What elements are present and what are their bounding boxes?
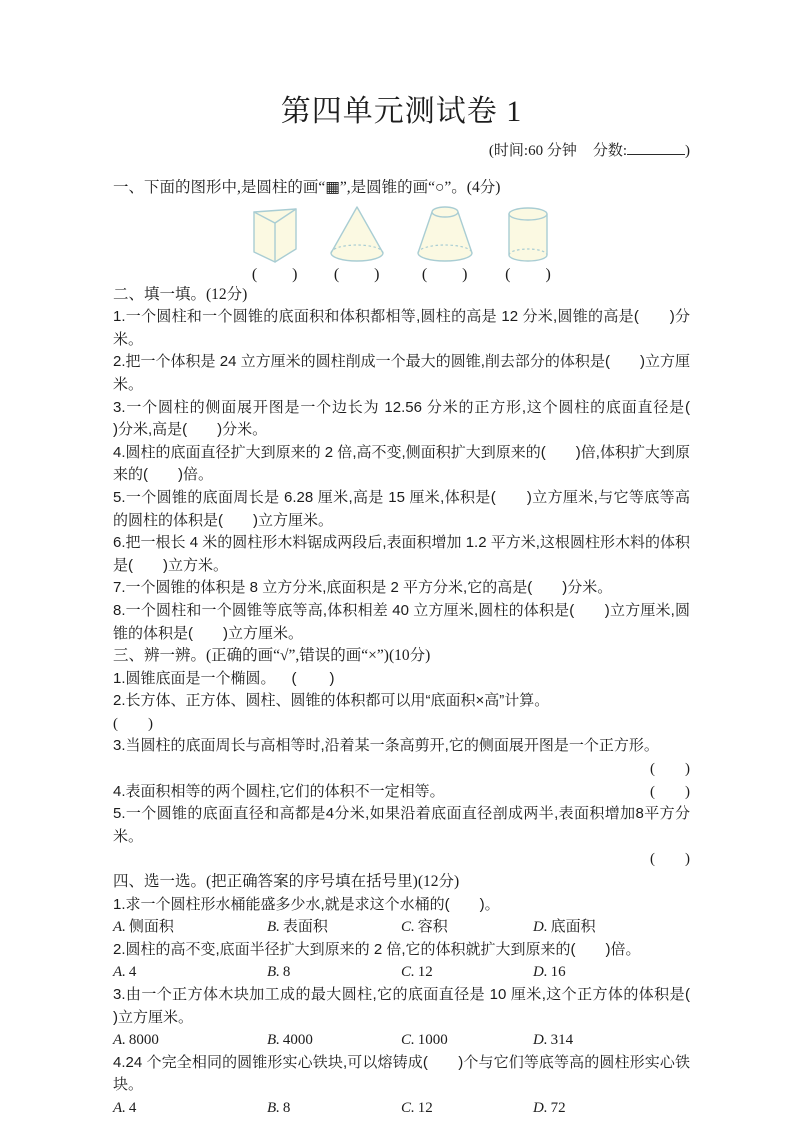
fill-item-3: 3.一个圆柱的侧面展开图是一个边长为 12.56 分米的正方形,这个圆柱的底面直… <box>113 397 690 442</box>
figure-row: ( ) ( ) <box>113 202 690 284</box>
option-1b: B.表面积 <box>267 916 401 939</box>
judge-item-4-text: 4.表面积相等的两个圆柱,它们的体积不一定相等。 <box>113 781 445 804</box>
fill-item-1: 1.一个圆柱和一个圆锥的底面积和体积都相等,圆柱的高是 12 分米,圆锥的高是(… <box>113 306 690 351</box>
frustum-icon <box>415 205 475 263</box>
option-1d: D.底面积 <box>533 916 690 939</box>
page-title: 第四单元测试卷 1 <box>113 92 690 131</box>
paper-content: 第四单元测试卷 1 (时间:60 分钟分数:) 一、下面的图形中,是圆柱的画“▦… <box>0 0 793 1120</box>
option-1a: A.侧面积 <box>113 916 267 939</box>
triangular-prism-icon <box>251 202 299 263</box>
judge-item-3: 3.当圆柱的底面周长与高相等时,沿着某一条高剪开,它的侧面展开图是一个正方形。 <box>113 735 690 758</box>
judge-paren-3: ( ) <box>113 758 690 781</box>
judge-paren-1: ( ) <box>292 670 336 687</box>
fill-item-5: 5.一个圆锥的底面周长是 6.28 厘米,高是 15 厘米,体积是( )立方厘米… <box>113 487 690 532</box>
paper-meta: (时间:60 分钟分数:) <box>113 140 690 162</box>
option-3a: A.8000 <box>113 1029 267 1052</box>
test-paper-page: 第四单元测试卷 1 (时间:60 分钟分数:) 一、下面的图形中,是圆柱的画“▦… <box>0 0 793 1122</box>
cylinder-icon <box>507 206 549 263</box>
choice-question-1: 1.求一个圆柱形水桶能盛多少水,就是求这个水桶的( )。 <box>113 894 690 917</box>
fill-item-6: 6.把一根长 4 米的圆柱形木料锯成两段后,表面积增加 1.2 平方米,这根圆柱… <box>113 532 690 577</box>
option-2b: B.8 <box>267 961 401 984</box>
choice-question-2: 2.圆柱的高不变,底面半径扩大到原来的 2 倍,它的体积就扩大到原来的( )倍。 <box>113 939 690 962</box>
choice-options-3: A.8000 B.4000 C.1000 D.314 <box>113 1029 690 1052</box>
option-2d: D.16 <box>533 961 690 984</box>
option-4a: A.4 <box>113 1097 267 1120</box>
section1-heading: 一、下面的图形中,是圆柱的画“▦”,是圆锥的画“○”。(4分) <box>113 177 690 200</box>
fill-item-2: 2.把一个体积是 24 立方厘米的圆柱削成一个最大的圆锥,削去部分的体积是( )… <box>113 351 690 396</box>
option-2c: C.12 <box>401 961 533 984</box>
judge-paren-5: ( ) <box>113 848 690 871</box>
section3-heading: 三、辨一辨。(正确的画“√”,错误的画“×”)(10分) <box>113 645 690 668</box>
answer-paren-1: ( ) <box>252 266 299 284</box>
fill-item-4: 4.圆柱的底面直径扩大到原来的 2 倍,高不变,侧面积扩大到原来的( )倍,体积… <box>113 442 690 487</box>
meta-close-paren: ) <box>685 143 690 159</box>
time-label: (时间:60 分钟 <box>489 143 577 159</box>
choice-options-2: A.4 B.8 C.12 D.16 <box>113 961 690 984</box>
option-1c: C.容积 <box>401 916 533 939</box>
option-3b: B.4000 <box>267 1029 401 1052</box>
figure-item-prism: ( ) <box>251 202 299 284</box>
option-2a: A.4 <box>113 961 267 984</box>
choice-question-3: 3.由一个正方体木块加工成的最大圆柱,它的底面直径是 10 厘米,这个正方体的体… <box>113 984 690 1029</box>
answer-paren-3: ( ) <box>422 266 469 284</box>
figure-item-frustum: ( ) <box>415 205 475 284</box>
figure-item-cone: ( ) <box>329 205 385 284</box>
score-label: 分数: <box>593 143 627 159</box>
judge-item-2: 2.长方体、正方体、圆柱、圆锥的体积都可以用“底面积×高”计算。 <box>113 690 690 713</box>
option-4b: B.8 <box>267 1097 401 1120</box>
judge-paren-2: ( ) <box>113 713 690 736</box>
cone-icon <box>329 205 385 263</box>
choice-options-4: A.4 B.8 C.12 D.72 <box>113 1097 690 1120</box>
option-4c: C.12 <box>401 1097 533 1120</box>
choice-question-4: 4.24 个完全相同的圆锥形实心铁块,可以熔铸成( )个与它们等底等高的圆柱形实… <box>113 1052 690 1097</box>
answer-paren-2: ( ) <box>334 266 381 284</box>
judge-paren-4: ( ) <box>650 781 690 804</box>
section4-heading: 四、选一选。(把正确答案的序号填在括号里)(12分) <box>113 871 690 894</box>
option-4d: D.72 <box>533 1097 690 1120</box>
answer-paren-4: ( ) <box>505 266 552 284</box>
option-3d: D.314 <box>533 1029 690 1052</box>
figure-item-cylinder: ( ) <box>505 206 552 284</box>
score-blank-line <box>627 140 685 155</box>
option-3c: C.1000 <box>401 1029 533 1052</box>
judge-item-4: 4.表面积相等的两个圆柱,它们的体积不一定相等。 ( ) <box>113 781 690 804</box>
section2-heading: 二、填一填。(12分) <box>113 284 690 307</box>
fill-item-7: 7.一个圆锥的体积是 8 立方分米,底面积是 2 平方分米,它的高是( )分米。 <box>113 577 690 600</box>
judge-item-1: 1.圆锥底面是一个椭圆。( ) <box>113 668 690 691</box>
judge-item-1-text: 1.圆锥底面是一个椭圆。 <box>113 670 276 687</box>
judge-item-5: 5.一个圆锥的底面直径和高都是4分米,如果沿着底面直径剖成两半,表面积增加8平方… <box>113 803 690 848</box>
fill-item-8: 8.一个圆柱和一个圆锥等底等高,体积相差 40 立方厘米,圆柱的体积是( )立方… <box>113 600 690 645</box>
choice-options-1: A.侧面积 B.表面积 C.容积 D.底面积 <box>113 916 690 939</box>
